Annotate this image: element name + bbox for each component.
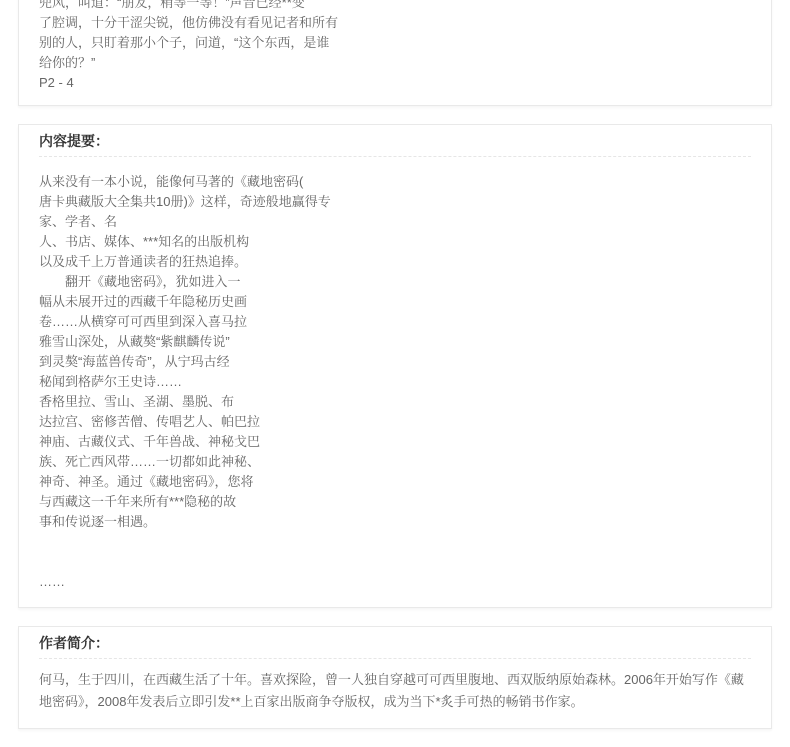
text-line	[39, 532, 751, 552]
text-line	[39, 552, 751, 572]
product-detail-page: 兜风，叫道：“朋友，稍等一等！”声音已经**变了腔调，十分干涩尖锐，他仿佛没有看…	[0, 0, 790, 747]
text-line: 雅雪山深处，从藏獒“紫麒麟传说”	[39, 332, 751, 352]
text-line: 唐卡典藏版大全集共10册)》这样，奇迹般地赢得专	[39, 192, 751, 212]
text-line: 与西藏这一千年来所有***隐秘的故	[39, 492, 751, 512]
text-line: 卷……从横穿可可西里到深入喜马拉	[39, 312, 751, 332]
summary-section-title: 内容提要：	[39, 125, 751, 157]
text-line: 神奇、神圣。通过《藏地密码》，您将	[39, 472, 751, 492]
summary-section: 内容提要： 从来没有一本小说，能像何马著的《藏地密码(唐卡典藏版大全集共10册)…	[18, 124, 772, 608]
excerpt-section: 兜风，叫道：“朋友，稍等一等！”声音已经**变了腔调，十分干涩尖锐，他仿佛没有看…	[18, 0, 772, 106]
text-line: 族、死亡西风带……一切都如此神秘、	[39, 452, 751, 472]
text-line: 翻开《藏地密码》，犹如进入一	[39, 272, 751, 292]
text-line: 给你的？”	[39, 53, 751, 73]
text-line: 家、学者、名	[39, 212, 751, 232]
text-line: 事和传说逐一相遇。	[39, 512, 751, 532]
excerpt-text-block: 兜风，叫道：“朋友，稍等一等！”声音已经**变了腔调，十分干涩尖锐，他仿佛没有看…	[39, 0, 751, 93]
text-line: 从来没有一本小说，能像何马著的《藏地密码(	[39, 172, 751, 192]
author-text-block: 何马，生于四川，在西藏生活了十年。喜欢探险，曾一人独自穿越可可西里腹地、西双版纳…	[39, 659, 751, 728]
text-line: 别的人，只盯着那小个子，问道，“这个东西，是谁	[39, 33, 751, 53]
author-section: 作者简介： 何马，生于四川，在西藏生活了十年。喜欢探险，曾一人独自穿越可可西里腹…	[18, 626, 772, 729]
text-line: P2 - 4	[39, 73, 751, 93]
author-bio-text: 何马，生于四川，在西藏生活了十年。喜欢探险，曾一人独自穿越可可西里腹地、西双版纳…	[39, 669, 751, 713]
text-line: 兜风，叫道：“朋友，稍等一等！”声音已经**变	[39, 0, 751, 13]
summary-text-block: 从来没有一本小说，能像何马著的《藏地密码(唐卡典藏版大全集共10册)》这样，奇迹…	[39, 157, 751, 607]
text-line: ……	[39, 572, 751, 592]
text-line: 人、书店、媒体、***知名的出版机构	[39, 232, 751, 252]
text-line: 了腔调，十分干涩尖锐，他仿佛没有看见记者和所有	[39, 13, 751, 33]
text-line: 到灵獒“海蓝兽传奇”，从宁玛古经	[39, 352, 751, 372]
text-line: 以及成千上万普通读者的狂热追捧。	[39, 252, 751, 272]
author-section-title: 作者简介：	[39, 627, 751, 659]
text-line: 香格里拉、雪山、圣湖、墨脱、布	[39, 392, 751, 412]
text-line: 达拉宫、密修苦僧、传唱艺人、帕巴拉	[39, 412, 751, 432]
text-line: 幅从未展开过的西藏千年隐秘历史画	[39, 292, 751, 312]
text-line: 秘闻到格萨尔王史诗……	[39, 372, 751, 392]
text-line: 神庙、古藏仪式、千年兽战、神秘戈巴	[39, 432, 751, 452]
